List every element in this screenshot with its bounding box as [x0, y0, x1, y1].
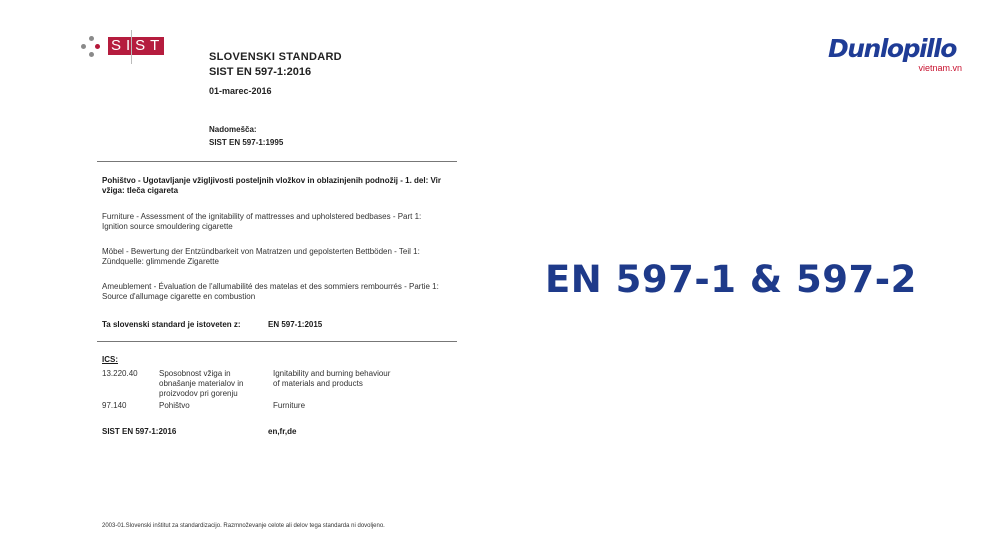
divider-middle — [97, 341, 457, 342]
ics-heading: ICS: — [102, 355, 118, 364]
publication-date: 01-marec-2016 — [209, 86, 272, 96]
brand-logo: Dunlopillo vietnam.vn — [828, 34, 968, 79]
footer-standard-code: SIST EN 597-1:2016 — [102, 427, 176, 436]
title-german: Möbel - Bewertung der Entzündbarkeit von… — [102, 247, 442, 267]
title-english: Furniture - Assessment of the ignitabili… — [102, 212, 442, 232]
standard-code: SIST EN 597-1:2016 — [209, 66, 311, 78]
sist-logo-dots — [80, 36, 104, 60]
divider-top — [97, 161, 457, 162]
headline: EN 597-1 & 597-2 — [545, 258, 917, 301]
ics-desc-sl: Pohištvo — [159, 401, 269, 411]
title-slovenian: Pohištvo - Ugotavljanje vžigljivosti pos… — [102, 176, 442, 196]
copyright-notice: 2003-01.Slovenski inštitut za standardiz… — [102, 523, 385, 529]
sist-logo: SIST — [108, 37, 164, 55]
replaces-value: SIST EN 597-1:1995 — [209, 138, 283, 147]
ics-code: 13.220.40 — [102, 369, 157, 379]
equivalence-value: EN 597-1:2015 — [268, 320, 322, 329]
equivalence-label: Ta slovenski standard je istoveten z: — [102, 320, 241, 329]
document-type: SLOVENSKI STANDARD — [209, 51, 342, 63]
ics-desc-en: Ignitability and burning behaviour of ma… — [273, 369, 393, 389]
logo-divider — [131, 30, 132, 64]
title-french: Ameublement - Évaluation de l'allumabili… — [102, 282, 442, 302]
ics-desc-en: Furniture — [273, 401, 393, 411]
replaces-label: Nadomešča: — [209, 125, 257, 134]
brand-subtitle: vietnam.vn — [918, 63, 962, 73]
brand-name: Dunlopillo — [828, 34, 956, 64]
footer-languages: en,fr,de — [268, 427, 296, 436]
ics-desc-sl: Sposobnost vžiga in obnašanje materialov… — [159, 369, 269, 399]
ics-code: 97.140 — [102, 401, 157, 411]
